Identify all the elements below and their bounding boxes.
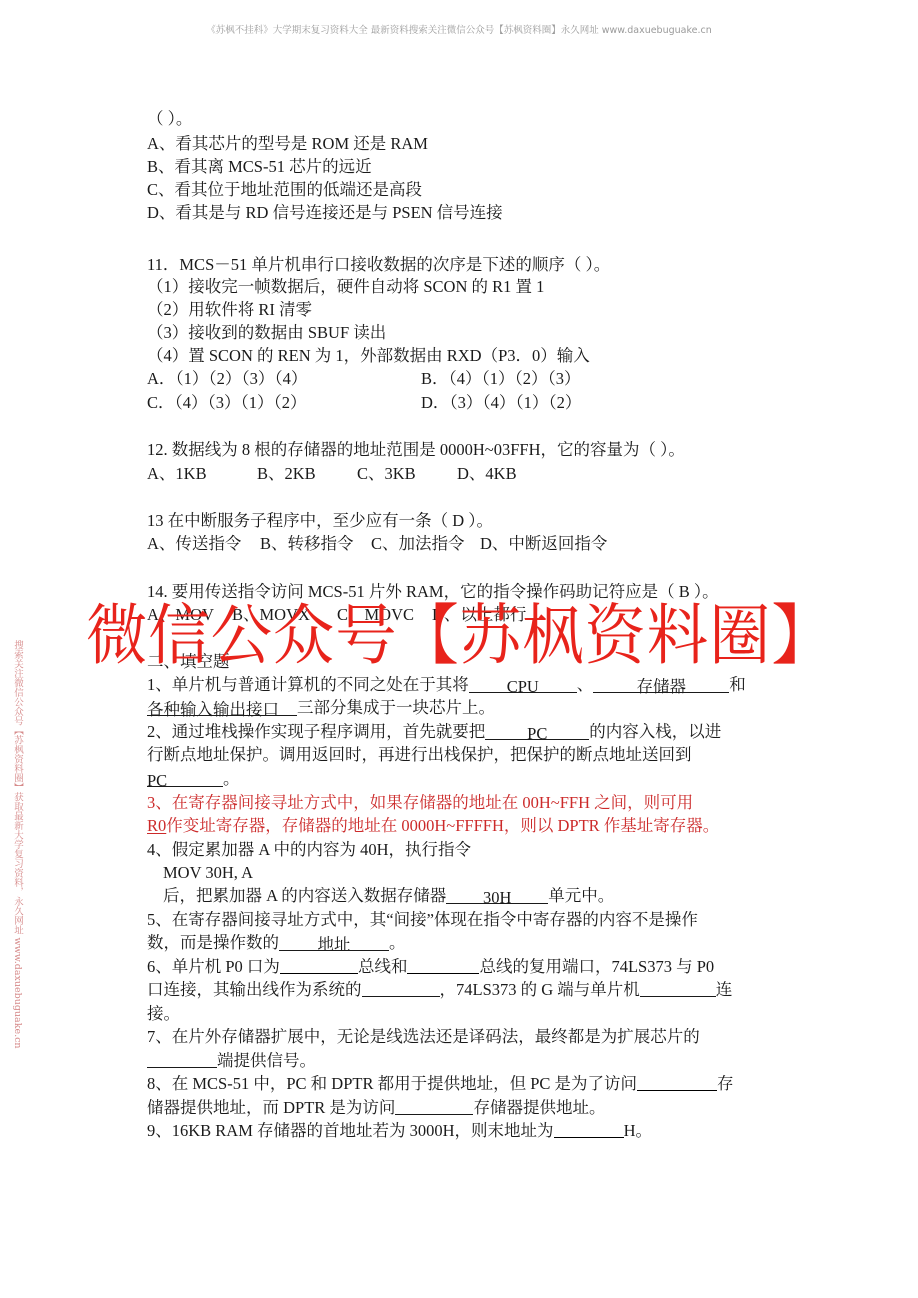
fill-2-line-3: PC。 [147, 768, 240, 790]
q10-option-b: B、看其离 MCS-51 芯片的远近 [147, 156, 372, 178]
q11-option-a: A．（1）（2）（3）（4） [147, 368, 307, 390]
fill-1-blank-3: 各种输入输出接口 [147, 699, 297, 716]
q13-option-d: D、中断返回指令 [480, 533, 607, 555]
q13-option-c: C、加法指令 [371, 533, 465, 555]
q12-option-c: C、3KB [357, 463, 416, 485]
fill-5-line-2: 数，而是操作数的地址。 [147, 932, 406, 954]
fill-6-blank-1 [280, 957, 358, 974]
q10-tail: （ ）。 [147, 108, 192, 130]
fill-2-line-1: 2、通过堆栈操作实现子程序调用，首先就要把PC的内容入栈，以进 [147, 721, 721, 743]
fill-6-blank-4 [640, 980, 716, 997]
q11-stem: 11．MCS－51 单片机串行口接收数据的次序是下述的顺序（ ）。 [147, 254, 610, 276]
fill-2-blank-1: PC [485, 723, 589, 740]
q13-option-a: A、传送指令 [147, 533, 241, 555]
fill-6-line-1: 6、单片机 P0 口为总线和总线的复用端口，74LS373 与 P0 [147, 956, 714, 978]
q11-step-1: （1）接收完一帧数据后，硬件自动将 SCON 的 R1 置 1 [147, 276, 544, 298]
fill-5-line-1: 5、在寄存器间接寻址方式中，其“间接”体现在指令中寄存器的内容不是操作 [147, 909, 698, 931]
q11-option-b: B．（4）（1）（2）（3） [421, 368, 581, 390]
q12-option-d: D、4KB [457, 463, 517, 485]
q13-stem: 13 在中断服务子程序中，至少应有一条（ D ）。 [147, 510, 493, 532]
q10-option-d: D、看其是与 RD 信号连接还是与 PSEN 信号连接 [147, 202, 503, 224]
fill-4-line-3: 后，把累加器 A 的内容送入数据存储器30H单元中。 [163, 885, 614, 907]
fill-3-blank-1: R0 [147, 816, 166, 835]
fill-6-line-2: 口连接，其输出线作为系统的，74LS373 的 G 端与单片机连 [147, 979, 732, 1001]
fill-6-blank-2 [407, 957, 479, 974]
fill-8-blank-2 [395, 1098, 473, 1115]
fill-7-line-1: 7、在片外存储器扩展中，无论是线选法还是译码法，最终都是为扩展芯片的 [147, 1026, 700, 1048]
q11-step-4: （4）置 SCON 的 REN 为 1，外部数据由 RXD（P3．0）输入 [147, 345, 590, 367]
fill-7-line-2: 端提供信号。 [147, 1050, 316, 1072]
overlay-watermark: 微信公众号【苏枫资料圈】 [86, 596, 834, 676]
q11-option-c: C．（4）（3）（1）（2） [147, 392, 307, 414]
fill-3-line-1: 3、在寄存器间接寻址方式中，如果存储器的地址在 00H~FFH 之间，则可用 [147, 792, 693, 814]
fill-5-blank-1: 地址 [279, 934, 389, 951]
fill-6-line-3: 接。 [147, 1003, 180, 1025]
fill-8-line-2: 储器提供地址，而 DPTR 是为访问存储器提供地址。 [147, 1097, 605, 1119]
fill-3-line-2: R0作变址寄存器，存储器的地址在 0000H~FFFFH，则以 DPTR 作基址… [147, 815, 719, 837]
fill-6-blank-3 [362, 980, 440, 997]
q12-option-b: B、2KB [257, 463, 316, 485]
page-header-watermark: 《苏枫不挂科》大学期末复习资料大全 最新资料搜索关注微信公众号【苏枫资料圈】永久… [0, 22, 918, 36]
fill-2-line-2: 行断点地址保护。调用返回时，再进行出栈保护，把保护的断点地址送回到 [147, 744, 692, 766]
q12-stem: 12. 数据线为 8 根的存储器的地址范围是 0000H~03FFH，它的容量为… [147, 439, 685, 461]
fill-8-line-1: 8、在 MCS-51 中，PC 和 DPTR 都用于提供地址，但 PC 是为了访… [147, 1073, 734, 1095]
q11-step-3: （3）接收到的数据由 SBUF 读出 [147, 322, 386, 344]
side-watermark: 搜索关注微信公众号【苏枫资料圈】获取最新大学复习资料，永久网址 www.daxu… [8, 640, 24, 1049]
fill-1-line-1: 1、单片机与普通计算机的不同之处在于其将CPU、存储器和 [147, 674, 746, 696]
fill-2-blank-2: PC [147, 770, 223, 787]
q10-option-a: A、看其芯片的型号是 ROM 还是 RAM [147, 133, 428, 155]
q10-option-c: C、看其位于地址范围的低端还是高段 [147, 179, 422, 201]
fill-1-blank-1: CPU [469, 676, 577, 693]
fill-9-line-1: 9、16KB RAM 存储器的首地址若为 3000H，则末地址为H。 [147, 1120, 652, 1142]
fill-9-blank-1 [554, 1121, 624, 1138]
q12-option-a: A、1KB [147, 463, 207, 485]
fill-4-code: MOV 30H, A [163, 862, 253, 884]
fill-7-blank-1 [147, 1051, 217, 1068]
fill-1-blank-2: 存储器 [593, 676, 729, 693]
fill-8-blank-1 [637, 1074, 717, 1091]
fill-4-line-1: 4、假定累加器 A 中的内容为 40H，执行指令 [147, 839, 471, 861]
q11-step-2: （2）用软件将 RI 清零 [147, 299, 312, 321]
q13-option-b: B、转移指令 [260, 533, 354, 555]
fill-1-line-2: 各种输入输出接口三部分集成于一块芯片上。 [147, 697, 495, 719]
fill-4-blank-1: 30H [446, 887, 548, 904]
q11-option-d: D．（3）（4）（1）（2） [421, 392, 581, 414]
